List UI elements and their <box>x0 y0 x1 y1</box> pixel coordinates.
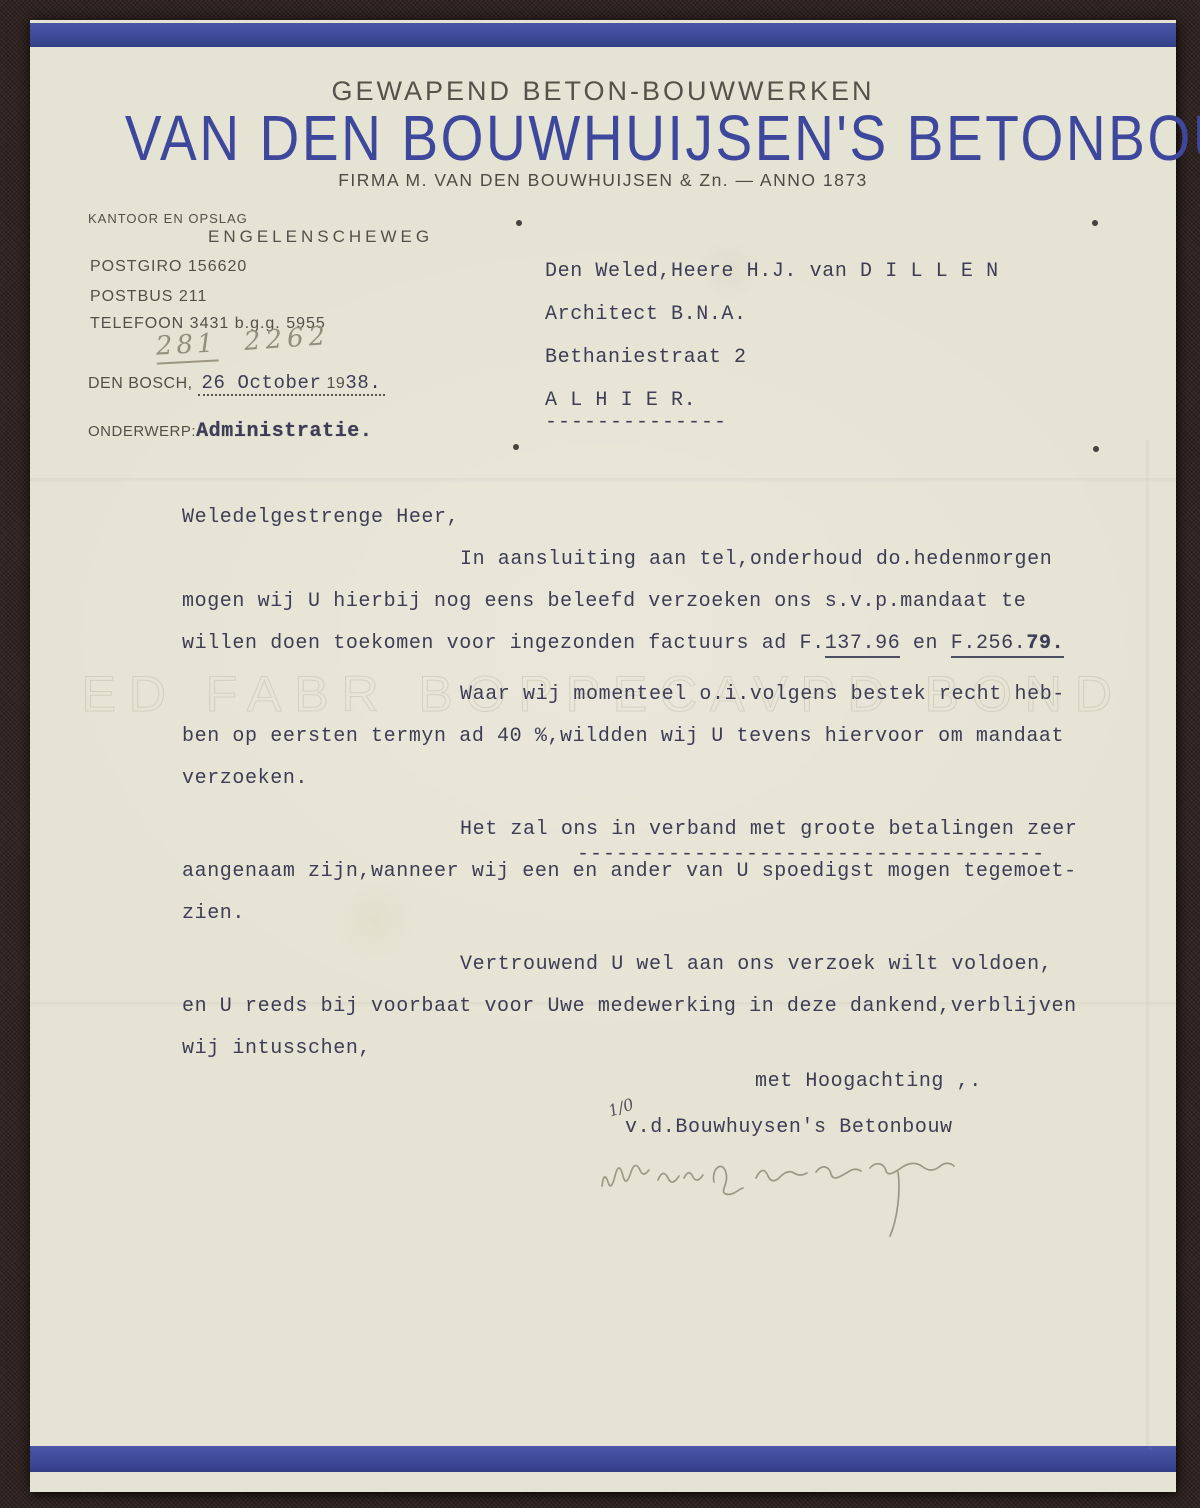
body-text-segment: ben op eersten termyn ad 40 %,wildden wi… <box>182 725 1064 748</box>
street-name: ENGELENSCHEWEG <box>208 227 433 247</box>
kantoor-label: KANTOOR EN OPSLAG <box>88 211 248 226</box>
top-blue-band <box>30 23 1176 47</box>
scan-background: ED FABR BOPPECAVPD BOND GEWAPEND BETON-B… <box>0 0 1200 1508</box>
body-text-segment: verzoeken. <box>182 767 308 790</box>
closing-regards: met Hoogachting ,. <box>755 1070 982 1093</box>
registration-dot <box>1092 220 1098 226</box>
fold-crease-vertical <box>1146 440 1152 1450</box>
onderwerp-line: ONDERWERP:Administratie. <box>88 420 373 443</box>
typed-day-month: 26 October <box>202 372 322 394</box>
company-name-text: VAN DEN BOUWHUIJSEN'S BETONBOUW <box>125 106 1200 170</box>
recipient-name: Den Weled,Heere H.J. van D I L L E N <box>545 260 999 303</box>
letterhead-firma-line: FIRMA M. VAN DEN BOUWHUIJSEN & Zn. — ANN… <box>30 170 1176 191</box>
body-lines: Weledelgestrenge Heer,In aansluiting aan… <box>182 506 1142 1079</box>
body-text-segment: Waar wij momenteel o.i.volgens bestek re… <box>460 683 1065 706</box>
body-text-segment: zien. <box>182 902 245 925</box>
onderwerp-value: Administratie. <box>196 420 372 443</box>
body-line: In aansluiting aan tel,onderhoud do.hede… <box>182 548 1142 590</box>
typed-dashes: -------------- <box>545 411 999 434</box>
bottom-blue-band <box>30 1446 1176 1472</box>
registration-dot <box>513 444 519 450</box>
body-line: Waar wij momenteel o.i.volgens bestek re… <box>182 683 1142 725</box>
body-text-segment: wij intusschen, <box>182 1037 371 1060</box>
postgiro-line: POSTGIRO 156620 <box>90 258 247 276</box>
registration-dot <box>516 220 522 226</box>
body-line: mogen wij U hierbij nog eens beleefd ver… <box>182 590 1142 632</box>
body-line: zien. <box>182 902 1142 944</box>
date-dotted-field: 26 October 1938. <box>198 375 386 396</box>
printed-century: 19 <box>327 375 346 392</box>
recipient-title: Architect B.N.A. <box>545 303 999 346</box>
postbus-line: POSTBUS 211 <box>90 288 207 306</box>
body-text-segment: en U reeds bij voorbaat voor Uwe medewer… <box>182 995 1077 1018</box>
pencil-number-2: 2262 <box>243 321 331 357</box>
onderwerp-label: ONDERWERP: <box>88 423 196 440</box>
body-text-segment: In aansluiting aan tel,onderhoud do.hede… <box>460 548 1052 571</box>
body-line: willen doen toekomen voor ingezonden fac… <box>182 632 1142 674</box>
signature-handwriting <box>588 1126 1018 1256</box>
typed-year: 38. <box>345 372 381 394</box>
body-text-segment: 79. <box>1026 632 1064 658</box>
fold-crease-top <box>30 478 1176 484</box>
company-name: VAN DEN BOUWHUIJSEN'S BETONBOUW <box>30 106 1176 170</box>
body-text-segment: F.256. <box>951 632 1027 658</box>
date-line: DEN BOSCH, 26 October 1938. <box>88 372 385 394</box>
body-line: Het zal ons in verband met groote betali… <box>182 818 1142 860</box>
registration-dot <box>1093 446 1099 452</box>
body-text-segment: mogen wij U hierbij nog eens beleefd ver… <box>182 590 1026 613</box>
body-line: verzoeken. <box>182 767 1142 809</box>
body-line: en U reeds bij voorbaat voor Uwe medewer… <box>182 995 1142 1037</box>
body-line: Weledelgestrenge Heer, <box>182 506 1142 548</box>
body-line: ben op eersten termyn ad 40 %,wildden wi… <box>182 725 1142 767</box>
letter-paper: ED FABR BOPPECAVPD BOND GEWAPEND BETON-B… <box>30 20 1176 1492</box>
body-text-segment: Weledelgestrenge Heer, <box>182 506 459 529</box>
body-text-segment: Het zal ons in verband met groote betali… <box>460 818 1078 841</box>
recipient-block: Den Weled,Heere H.J. van D I L L E N Arc… <box>545 260 999 434</box>
body-text-segment: 137.96 <box>825 632 901 658</box>
body-text-segment: Vertrouwend U wel aan ons verzoek wilt v… <box>460 953 1052 976</box>
body-line: aangenaam zijn,wanneer wij een en ander … <box>182 860 1142 902</box>
recipient-street: Bethaniestraat 2 <box>545 346 999 389</box>
body-line: wij intusschen, <box>182 1037 1142 1079</box>
body-line: Vertrouwend U wel aan ons verzoek wilt v… <box>182 953 1142 995</box>
body-text-segment: willen doen toekomen voor ingezonden fac… <box>182 632 825 655</box>
city-label: DEN BOSCH, <box>88 375 193 392</box>
body-text-segment: aangenaam zijn,wanneer wij een en ander … <box>182 860 1077 883</box>
pencil-number-1: 281 <box>155 328 218 364</box>
body-text-segment: en <box>900 632 950 655</box>
